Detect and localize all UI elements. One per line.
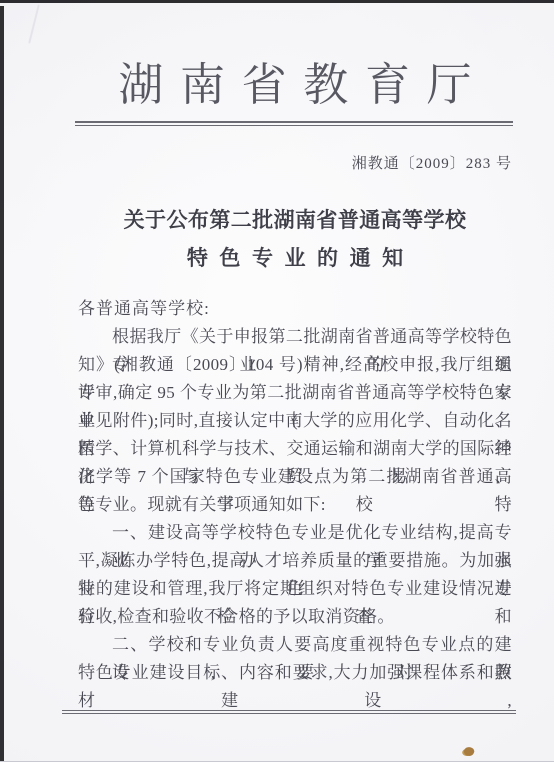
document-title-line1: 关于公布第二批湖南省普通高等学校: [78, 205, 512, 235]
body-lines: 根据我厅《关于申报第二批湖南省普通高等学校特色专业的通知》(湘教通〔2009〕1…: [78, 323, 512, 687]
body-text-line: 平,凝炼办学特色,提高人才培养质量的重要措施。为加强特色专: [78, 547, 512, 575]
body-text-line: 二、学校和专业负责人要高度重视特色专业点的建设,要对照: [78, 631, 512, 659]
letterhead-rule: [75, 121, 513, 126]
scan-edge-left: [0, 6, 4, 762]
document-number: 湘教通〔2009〕283 号: [78, 153, 512, 175]
body-text-line: 一、建设高等学校特色专业是优化专业结构,提高专业办学水: [78, 519, 512, 547]
paper-speck: [463, 745, 476, 757]
letterhead-org-name: 湖南省教育厅: [78, 54, 529, 116]
document-body: 各普通高等学校: 根据我厅《关于申报第二批湖南省普通高等学校特色专业的通知》(湘…: [78, 295, 512, 687]
body-text-line: 医学、计算机科学与技术、交通运输和湖南大学的国际经济与贸易、: [78, 435, 512, 463]
footer-rule: [62, 710, 516, 714]
body-text-line: 根据我厅《关于申报第二批湖南省普通高等学校特色专业的通: [78, 323, 512, 351]
body-text-line: 业的建设和管理,我厅将定期组织对特色专业建设情况进行检查和: [78, 575, 512, 603]
paper-crease: [28, 4, 40, 43]
salutation: 各普通高等学校:: [78, 295, 512, 323]
body-text-line: 评审,确定 95 个专业为第二批湖南省普通高等学校特色专业(名: [78, 379, 512, 407]
body-text-line: 单见附件);同时,直接认定中南大学的应用化学、自动化、精神: [78, 407, 512, 435]
document-title-line2: 特色专业的通知: [78, 243, 524, 273]
document-content: 湖南省教育厅 湘教通〔2009〕283 号 关于公布第二批湖南省普通高等学校 特…: [78, 0, 512, 687]
body-text-line: 知》(湘教通〔2009〕104 号)精神,经高校申报,我厅组织专家: [78, 351, 512, 379]
scanned-document-page: { "colors":{ "ink":"#4a4a54", "header_in…: [0, 0, 554, 762]
body-text-line: 特色专业建设目标、内容和要求,大力加强课程体系和教材建设,: [78, 659, 512, 687]
body-text-line: 化学等 7 个国家特色专业建设点为第二批湖南省普通高等学校特: [78, 463, 512, 491]
document-title: 关于公布第二批湖南省普通高等学校 特色专业的通知: [78, 205, 512, 273]
